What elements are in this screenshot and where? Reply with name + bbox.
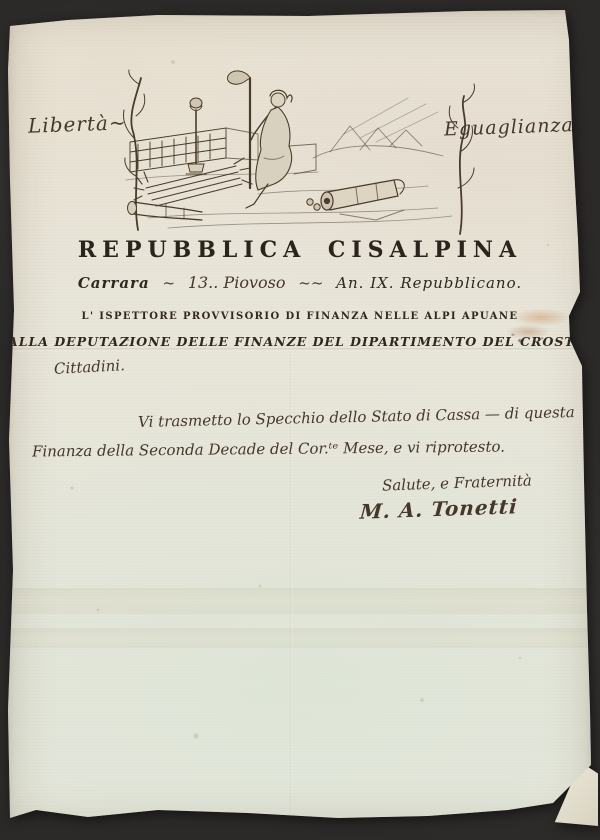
recipient-line: ALLA DEPUTAZIONE DELLE FINANZE DEL DIPAR… <box>8 334 592 349</box>
letter-sheet: Libertà~ Eguaglianza~ REPUBBLICA CISALPI… <box>8 10 592 828</box>
body-line-2: Finanza della Seconda Decade del Cor.ᵗᵉ … <box>32 438 505 461</box>
bare-branch-right <box>449 84 474 234</box>
dateline-year: An. IX. Repubblicano. <box>336 274 522 292</box>
republic-title: REPUBBLICA CISALPINA <box>8 237 592 263</box>
dateline-flourish: ~~ <box>290 274 331 292</box>
fallen-cannon-right <box>321 180 404 220</box>
salutation: Cittadini. <box>54 356 126 378</box>
dateline-place: Carrara <box>78 274 150 292</box>
motto-eguaglianza: Eguaglianza~ <box>444 113 591 140</box>
fold-band <box>8 628 592 648</box>
header-vignette <box>108 68 496 240</box>
liberty-cap-icon <box>227 71 250 84</box>
dateline: Carrara ~ 13.. Piovoso ~~ An. IX. Repubb… <box>8 273 592 292</box>
closing-salute: Salute, e Fraternità <box>382 471 532 494</box>
body-line-1: Vi trasmetto lo Specchio dello Stato di … <box>138 403 575 431</box>
cannonballs <box>307 199 320 210</box>
signature: M. A. Tonetti <box>359 494 518 524</box>
fold-band <box>8 588 592 614</box>
motto-liberta: Libertà~ <box>28 110 127 137</box>
liberty-monument <box>186 98 206 174</box>
sender-office-line: L' ISPETTORE PROVVISORIO DI FINANZA NELL… <box>8 311 592 322</box>
dateline-handwritten-date: 13.. Piovoso <box>188 273 286 292</box>
ink-stain <box>494 300 580 358</box>
dateline-flourish: ~ <box>154 274 183 292</box>
seated-republic-figure <box>227 71 316 208</box>
document-photo: Libertà~ Eguaglianza~ REPUBBLICA CISALPI… <box>0 0 600 840</box>
army-tents <box>313 98 443 158</box>
